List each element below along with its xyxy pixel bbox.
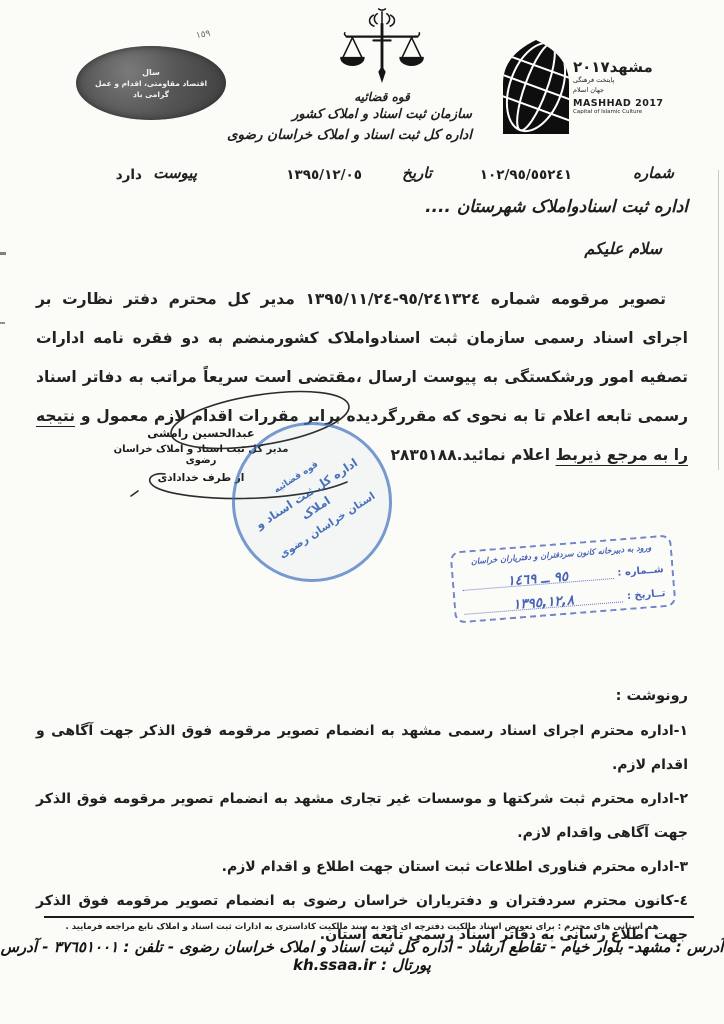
entry-stamp-number-value: ٩٥ ــ ١٤٦٩ xyxy=(507,569,569,590)
cc-title: رونوشت : xyxy=(36,688,688,704)
entry-stamp-number-label: شــماره : xyxy=(617,564,664,579)
scanned-letter-page: سال اقتصاد مقاومتی، اقدام و عمل گرامی با… xyxy=(0,0,724,1024)
footer-divider xyxy=(44,916,694,918)
mashhad-subtitle-fa1: پایتخت فرهنگی xyxy=(573,76,673,86)
mashhad-subtitle-fa2: جهان اسلام xyxy=(573,86,673,96)
letterhead-emblem: قوه قضائیه سازمان ثبت اسناد و املاک کشور… xyxy=(292,8,472,143)
mashhad-2017-logo: مشهد۲۰۱۷ پایتخت فرهنگی جهان اسلام MASHHA… xyxy=(503,40,673,140)
number-value: ١٠٢/٩٥/٥٥٢٤١ xyxy=(480,167,572,183)
entry-stamp-date-value: ١٣٩٥,١٢,٨ xyxy=(512,592,574,613)
attachment-label: پیوست xyxy=(153,164,197,182)
body-segment: تصویر مرقومه شماره ٩٥/٢٤١٣٢٤-١٣٩٥/١١/٢٤ … xyxy=(36,290,688,425)
attachment-value: دارد xyxy=(116,167,142,183)
judiciary-title: قوه قضائیه xyxy=(292,90,472,104)
mashhad-title-en: MASHHAD 2017 xyxy=(573,98,673,109)
footer-notice: هم استانی های محترم : برای تعویض اسناد م… xyxy=(0,922,724,932)
entry-stamp-date-label: تــاریخ : xyxy=(627,588,666,602)
body-segment: اعلام نمائید.٢٨٣٥١٨٨ xyxy=(390,446,555,464)
scales-of-justice-icon xyxy=(334,8,430,92)
mashhad-subtitle-en: Capital of Islamic Culture xyxy=(573,109,673,115)
cc-item: ٢-اداره محترم ثبت شرکتها و موسسات غیر تج… xyxy=(36,782,688,850)
secretariat-entry-stamp: ورود به دبیرخانه کانون سردفتران و دفتریا… xyxy=(450,534,677,623)
mashhad-logo-text: مشهد۲۰۱۷ پایتخت فرهنگی جهان اسلام MASHHA… xyxy=(573,40,673,115)
cc-item: ١-اداره محترم اجرای اسناد رسمی مشهد به ا… xyxy=(36,714,688,782)
year-stamp-line3: گرامی باد xyxy=(133,90,169,99)
resistance-economy-year-stamp: سال اقتصاد مقاومتی، اقدام و عمل گرامی با… xyxy=(76,46,226,120)
globe-arch-icon xyxy=(503,40,569,134)
cc-item: ٣-اداره محترم فناوری اطلاعات ثبت استان ج… xyxy=(36,850,688,884)
date-value: ١٣٩٥/١٢/٠٥ xyxy=(286,167,362,183)
scan-mark xyxy=(0,322,5,324)
organization-title: سازمان ثبت اسناد و املاک کشور xyxy=(292,107,472,122)
handwritten-note-mark: ١٥٩ xyxy=(195,29,211,41)
salutation: سلام علیکم xyxy=(584,239,662,258)
scan-mark xyxy=(0,252,6,255)
cc-section: رونوشت : ١-اداره محترم اجرای اسناد رسمی … xyxy=(36,688,688,952)
year-stamp-line1: سال xyxy=(142,68,160,77)
scan-edge-artifact xyxy=(718,170,719,470)
recipient-line: اداره ثبت اسنادواملاک شهرستان .... xyxy=(425,197,688,217)
date-label: تاریخ xyxy=(402,164,432,182)
footer-address: آدرس : مشهد- بلوار خیام - تقاطع ارشاد - … xyxy=(0,938,724,974)
number-label: شماره xyxy=(633,164,674,182)
mashhad-title-fa: مشهد۲۰۱۷ xyxy=(573,58,673,76)
year-stamp-line2: اقتصاد مقاومتی، اقدام و عمل xyxy=(95,79,207,88)
directorate-title: اداره کل ثبت اسناد و املاک خراسان رضوی xyxy=(292,127,472,143)
